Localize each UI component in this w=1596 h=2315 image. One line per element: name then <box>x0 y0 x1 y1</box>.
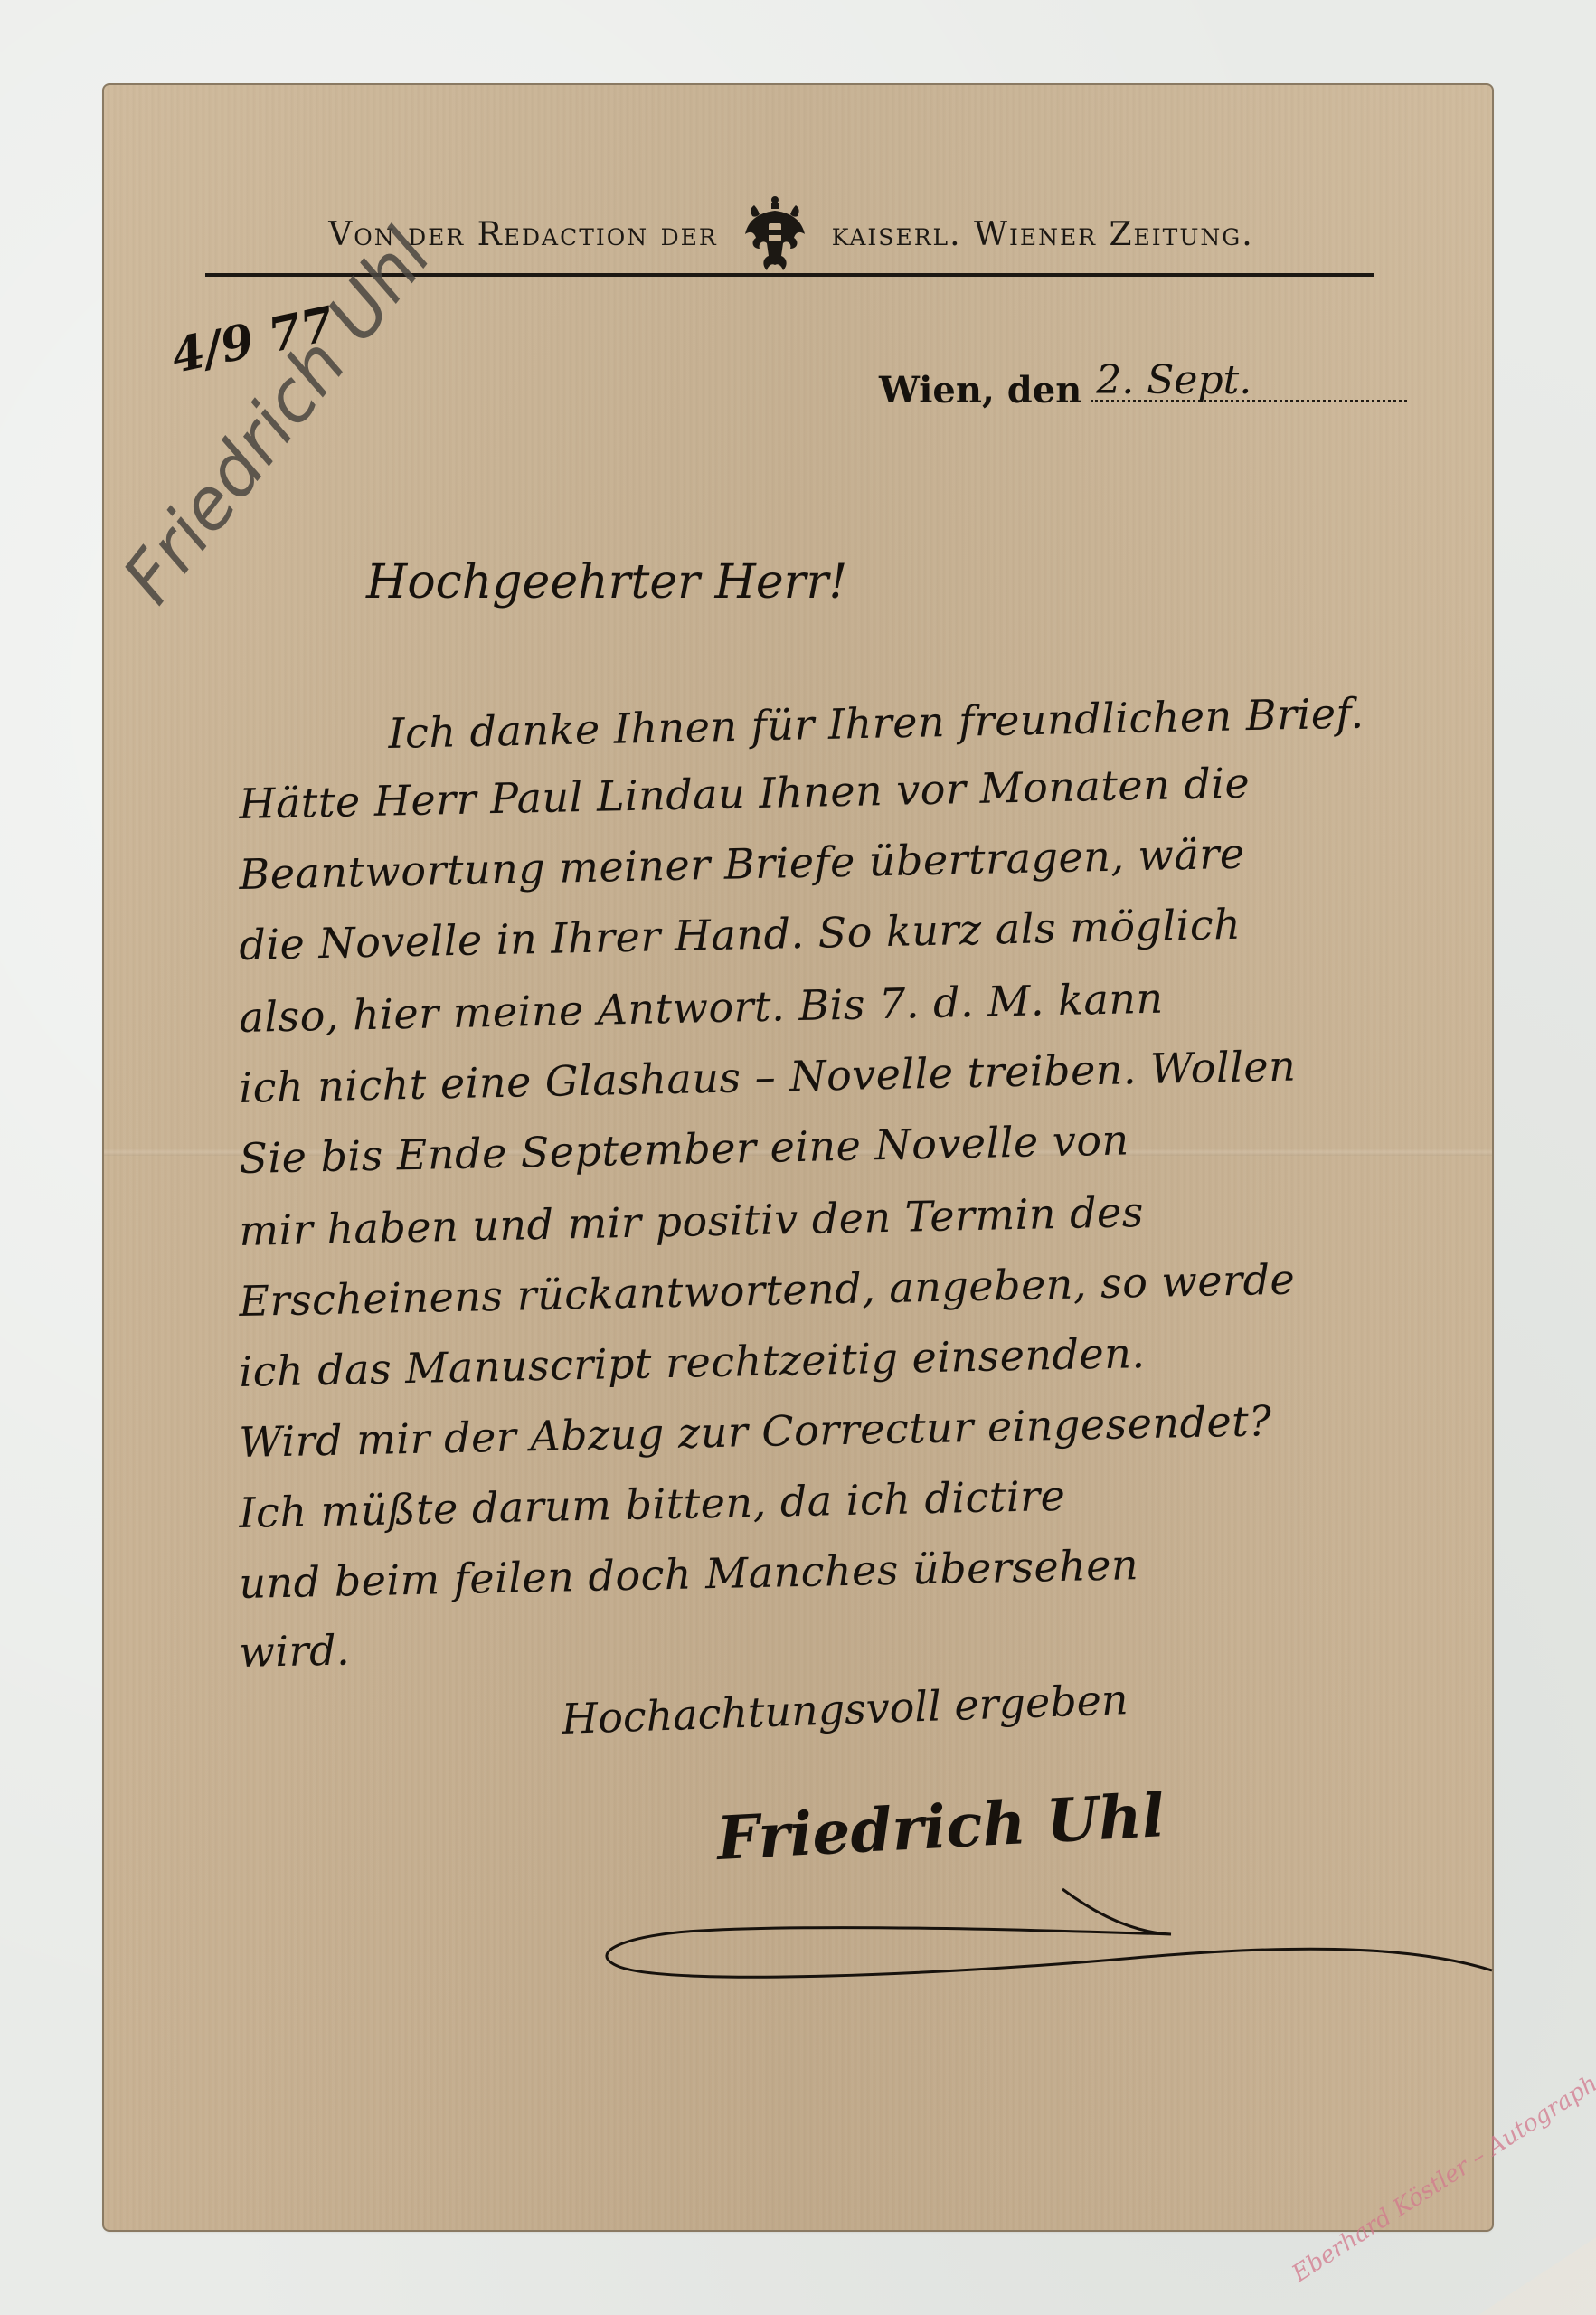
date-field: 2. Sept. <box>1091 356 1407 402</box>
dateline: Wien, den 2. Sept. <box>879 356 1407 411</box>
body-line: die Novelle in Ihrer Hand. So kurz als m… <box>239 900 1242 969</box>
body-line: wird. <box>239 1625 351 1677</box>
body-line: Wird mir der Abzug zur Correctur eingese… <box>239 1396 1272 1467</box>
body-line: Sie bis Ende September eine Novelle von <box>239 1115 1129 1183</box>
body-line: mir haben und mir positiv den Termin des <box>239 1187 1144 1255</box>
corner-mount <box>1478 2237 1596 2315</box>
body-line: und beim feilen doch Manches übersehen <box>239 1540 1139 1608</box>
place-label: Wien, den <box>879 369 1081 411</box>
signature: Friedrich Uhl <box>715 1780 1166 1874</box>
letterhead-right-text: kaiserl. Wiener Zeitung. <box>832 216 1254 253</box>
closing: Hochachtungsvoll ergeben <box>561 1675 1129 1743</box>
signature-flourish <box>592 1880 1497 1989</box>
double-headed-eagle-icon <box>741 193 808 276</box>
letter-sheet: Von der Redaction der kaiserl. Wiener Ze… <box>104 85 1492 2230</box>
body-line: also, hier meine Antwort. Bis 7. d. M. k… <box>239 974 1164 1042</box>
body-line: Erscheinens rückantwortend, angeben, so … <box>239 1255 1296 1326</box>
salutation: Hochgeehrter Herr! <box>366 555 847 609</box>
body-line: Ich müßte darum bitten, da ich dictire <box>239 1471 1066 1537</box>
body-line: Hätte Herr Paul Lindau Ihnen vor Monaten… <box>239 759 1251 828</box>
body-line: ich das Manuscript rechtzeitig einsenden… <box>239 1328 1146 1396</box>
body-line: Ich danke Ihnen für Ihren freundlichen B… <box>388 688 1365 758</box>
body-line: Beantwortung meiner Briefe übertragen, w… <box>239 829 1245 899</box>
date-value: 2. Sept. <box>1096 357 1251 403</box>
body-line: ich nicht eine Glashaus – Novelle treibe… <box>239 1042 1297 1112</box>
